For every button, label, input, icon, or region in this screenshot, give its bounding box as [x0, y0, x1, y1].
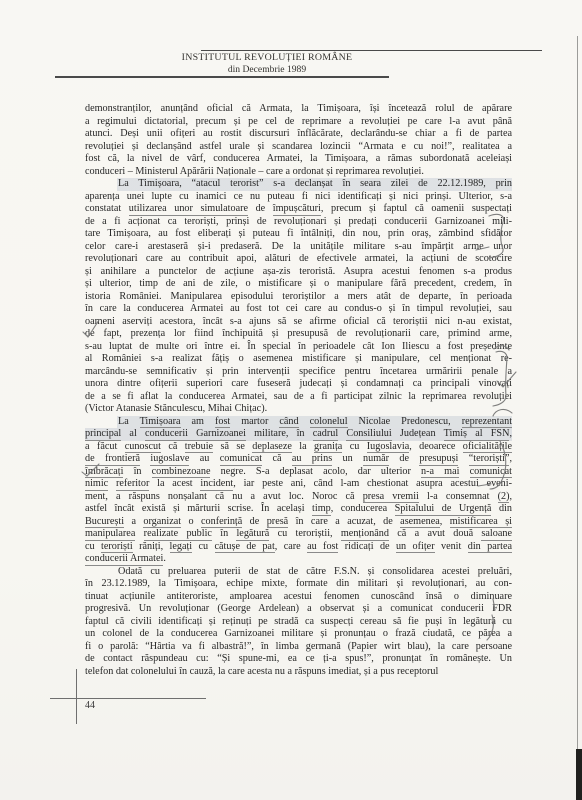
pencil-underline: realizate public: [144, 528, 212, 541]
pencil-underline: incident: [200, 478, 233, 491]
text-line: conduceri – Ministerul Apărării Național…: [85, 166, 512, 179]
pencil-underline: comunicat: [470, 466, 512, 479]
pencil-underline: presupuși: [419, 453, 458, 466]
pencil-underline: combinezoane: [152, 466, 211, 479]
text-line: de fapt, prezența lor fiind închipuită ș…: [85, 328, 512, 341]
pencil-underline: Spitalului de Urgență: [395, 503, 492, 516]
pencil-underline: saloane: [481, 528, 512, 541]
text-line: de frontieră iugoslave au comunicat că a…: [85, 453, 512, 466]
page-number: 44: [85, 700, 95, 711]
text-line: în 23.12.1989, la Timișoara, echipe mixt…: [85, 578, 512, 591]
text-line: demonstranților, anunțând oficial că Arm…: [85, 103, 512, 116]
text-line: a făcut cunoscut că trebuie să se deplas…: [85, 441, 512, 454]
pencil-underline: oficialitățile: [463, 441, 512, 454]
pencil-underline: menționând: [341, 528, 389, 541]
pencil-underline: presă: [267, 516, 289, 529]
text-line: istoria României. Manipularea episodului…: [85, 291, 512, 304]
text-line: și anihilare a punctelor de acțiune așa-…: [85, 266, 512, 279]
pencil-underline: Timișoara: [140, 416, 181, 429]
text-line: un colonel de la conducerea Garnizoanei …: [85, 628, 512, 641]
text-line: cu teroriști răniți, legați cu cătușe de…: [85, 541, 512, 554]
scanned-document-page: INSTITUTUL REVOLUȚIEI ROMÂNE din Decembr…: [0, 0, 582, 800]
text-line: telefon dat colonelului în cauză, la car…: [85, 666, 512, 679]
text-line: s-au luptat de multe ori între ei. În sp…: [85, 341, 512, 354]
pencil-underline: reprezentant: [462, 416, 512, 429]
text-line: revoluționari care au contribuit apoi, a…: [85, 253, 512, 266]
pencil-underline: de frontieră: [85, 453, 140, 466]
pencil-underline: manipularea: [85, 528, 135, 541]
pencil-underline: timp: [312, 503, 331, 516]
text-line: oameni aserviți acestora, încât s-a ajun…: [85, 316, 512, 329]
pencil-underline: Timiș al FSN: [444, 428, 510, 441]
text-line: de a se fi aflat la conducerea Armatei, …: [85, 391, 512, 404]
pencil-underline: fost: [215, 416, 230, 429]
pencil-underline: legătură: [236, 528, 269, 541]
text-line: progresivă. Un revoluționar (George Arde…: [85, 603, 512, 616]
pencil-underline: “teroriști”: [469, 453, 510, 466]
pencil-underline: n-a mai: [421, 466, 459, 479]
text-line: manipularea realizate public în legătură…: [85, 528, 512, 541]
scan-edge-shadow: [576, 749, 582, 800]
pencil-underline: număr: [363, 453, 389, 466]
pencil-underline: asemenea: [400, 516, 440, 529]
text-line: tinuat acțiunile antiteroriste, amploare…: [85, 591, 512, 604]
text-line: nimic referitor la acest incident, iar p…: [85, 478, 512, 491]
text-line: îmbrăcați în combinezoane negre. S-a dep…: [85, 466, 512, 479]
pencil-underline: utilizarea unor simulatoare: [129, 203, 248, 216]
text-line: aparența unei lupte cu inamici ce nu put…: [85, 191, 512, 204]
header-rule-bottom: [55, 76, 389, 78]
text-line: ment, a răspuns nonșalant că nu a avut l…: [85, 491, 512, 504]
pencil-underline: organizat: [143, 516, 181, 529]
pencil-underline: nimic: [85, 478, 108, 491]
pencil-underline: un ofițer: [396, 541, 435, 554]
pencil-underline: principal: [85, 428, 121, 441]
institution-subtitle: din Decembrie 1989: [117, 64, 417, 76]
pencil-underline: granița: [314, 441, 342, 454]
text-line: atunci. Deși unii ofițeri au rostit disc…: [85, 128, 512, 141]
text-line: faptul că civili identificați și reținuț…: [85, 616, 512, 629]
document-body: demonstranților, anunțând oficial că Arm…: [85, 103, 512, 678]
text-line: și ulterior, timp de ani de zile, o mist…: [85, 278, 512, 291]
pencil-underline: au fost: [307, 541, 338, 554]
text-line: în care la conducerea Armatei au fost to…: [85, 303, 512, 316]
pencil-underline: iugoslave: [150, 453, 189, 466]
pencil-underline: împușcături: [273, 203, 321, 216]
footer-crop-mark: [76, 669, 77, 724]
text-line: revoluției și declanșând astfel urale și…: [85, 141, 512, 154]
pencil-underline: conducerii Garnizoanei: [145, 428, 246, 441]
text-line: Odată cu preluarea puterii de stat de că…: [85, 566, 512, 579]
text-line: principal al conducerii Garnizoanei mili…: [85, 428, 512, 441]
pencil-underline: deplaseze: [252, 441, 292, 454]
pencil-underline: presa vremii: [363, 491, 419, 504]
pencil-underline: colonelul: [310, 416, 348, 429]
pencil-underline: îmbrăcați: [85, 466, 123, 479]
document-header: INSTITUTUL REVOLUȚIEI ROMÂNE din Decembr…: [117, 52, 417, 75]
pencil-underline: referitor: [116, 478, 149, 491]
pencil-underline: cadrul: [313, 428, 338, 441]
pencil-underline: teroriști: [101, 541, 133, 554]
pencil-underline: din partea: [468, 541, 512, 554]
pencil-underline: Consiliului: [346, 428, 391, 441]
text-line: unora dintre ofițerii superiori care fus…: [85, 378, 512, 391]
pencil-underline: conducerii Armatei: [85, 553, 163, 566]
pencil-underline: (2): [498, 491, 510, 504]
pencil-underline: București: [85, 516, 124, 529]
text-line: de contact răspundeau cu: “Și spune-mi, …: [85, 653, 512, 666]
text-line: La Timișoara, “atacul terorist” s-a decl…: [85, 178, 512, 191]
pencil-underline: au prins: [292, 453, 332, 466]
text-line: marcându-se semnificativ și prin interve…: [85, 366, 512, 379]
pencil-underline: Iugoslavia: [367, 441, 409, 454]
pencil-underline: comunicat: [220, 453, 262, 466]
footer-rule: [50, 698, 206, 699]
text-line: de a fi acționat ca teroriști, prinși de…: [85, 216, 512, 229]
pencil-underline: trebuie: [185, 441, 213, 454]
pencil-underline: cunoscut: [125, 441, 161, 454]
text-line: conducerii Armatei.: [85, 553, 512, 566]
pencil-underline: legați: [170, 541, 193, 554]
text-line: fi o parolă: “Hârtia va fi albastră!”, î…: [85, 641, 512, 654]
text-line: (Victor Atanasie Stănculescu, Mihai Chiț…: [85, 403, 512, 416]
text-line: La Timișoara am fost martor când colonel…: [85, 416, 512, 429]
pencil-underline: când: [279, 416, 298, 429]
text-line: fost că, la nivel de vârf, conducerea Ar…: [85, 153, 512, 166]
text-line: București a organizat o conferință de pr…: [85, 516, 512, 529]
pencil-underline: mistificarea și: [450, 516, 512, 529]
pencil-underline: cătușe de pat: [215, 541, 275, 554]
text-line: al României s-a realizat fățiș o asemene…: [85, 353, 512, 366]
text-line: constatat utilizarea unor simulatoare de…: [85, 203, 512, 216]
pencil-underline: conferință: [201, 516, 242, 529]
scan-edge-line: [577, 36, 578, 752]
text-line: a regimului dictatorial, precum și pe ce…: [85, 116, 512, 129]
text-line: celor care-i arestaseră și-i predaseră. …: [85, 241, 512, 254]
text-line: astfel încât există și mărturii scrise. …: [85, 503, 512, 516]
institution-title: INSTITUTUL REVOLUȚIEI ROMÂNE: [117, 52, 417, 64]
text-line: tare Timișoara, au fost eliberați și put…: [85, 228, 512, 241]
